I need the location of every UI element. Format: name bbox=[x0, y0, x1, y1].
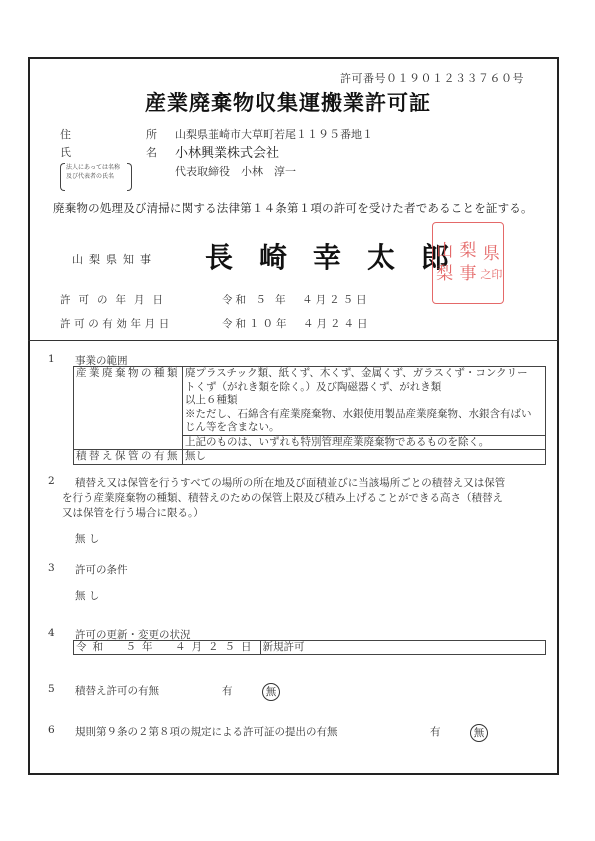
name-label-2: 名 bbox=[146, 144, 157, 160]
seal-char: 之印 bbox=[480, 269, 502, 280]
section-2-line-2: を行う産業廃棄物の種類、積替えのための保管上限及び積み上げることができる高さ（積… bbox=[62, 490, 503, 505]
section-4-number: 4 bbox=[48, 627, 55, 639]
seal-column-2: 梨 事 bbox=[459, 243, 476, 283]
section-2-line-3: 又は保管を行う場合に限る。） bbox=[62, 505, 204, 520]
permit-date-value: 令和 ５ 年 ４月２５日 bbox=[222, 292, 370, 307]
waste-exclusion-note: 上記のものは、いずれも特別管理産業廃棄物であるものを除く。 bbox=[183, 435, 546, 450]
section-2-value: 無 し bbox=[75, 531, 99, 546]
valid-until-label: 許可の有効年月日 bbox=[60, 316, 173, 331]
waste-type-line: 以上６種類 bbox=[185, 394, 543, 408]
section-5-yes-option: 有 bbox=[222, 683, 233, 698]
section-2-number: 2 bbox=[48, 475, 55, 487]
section-2-line-1: 積替え又は保管を行うすべての場所の所在地及び面積並びに当該場所ごとの積替え又は保… bbox=[75, 475, 505, 490]
seal-char: 梨 bbox=[459, 243, 476, 260]
section-5-number: 5 bbox=[48, 683, 55, 695]
seal-char: 梨 bbox=[436, 266, 453, 283]
permit-number: 許可番号０１９０１２３３７６０号 bbox=[340, 70, 524, 86]
renewal-status-table: 令和 ５年 ４月２５日 新規許可 bbox=[73, 640, 546, 655]
section-3-title: 許可の条件 bbox=[75, 562, 128, 577]
company-name: 小林興業株式会社 bbox=[175, 142, 279, 161]
address-label-1: 住 bbox=[60, 126, 71, 142]
seal-char: 山 bbox=[436, 243, 453, 260]
section-5-no-option-circled: 無 bbox=[262, 680, 280, 701]
table-row: 令和 ５年 ４月２５日 新規許可 bbox=[74, 641, 546, 655]
address-label-2: 所 bbox=[146, 126, 157, 142]
section-6-number: 6 bbox=[48, 724, 55, 736]
name-note-line-2: 及び代表者の氏名 bbox=[66, 172, 132, 181]
section-6-no-option-circled: 無 bbox=[470, 721, 488, 742]
waste-type-cell: 廃プラスチック類、紙くず、木くず、金属くず、ガラスくず・コンクリー トくず（がれ… bbox=[183, 367, 546, 436]
section-1-number: 1 bbox=[48, 353, 55, 365]
circled-selection: 無 bbox=[470, 724, 488, 742]
address-value: 山梨県韮崎市大草町若尾１１９５番地１ bbox=[175, 126, 373, 142]
circled-selection: 無 bbox=[262, 683, 280, 701]
document-title: 産業廃棄物収集運搬業許可証 bbox=[145, 87, 431, 117]
section-3-number: 3 bbox=[48, 562, 55, 574]
section-3-value: 無 し bbox=[75, 588, 99, 603]
section-divider bbox=[28, 340, 559, 341]
waste-type-line: じん等を含まない。 bbox=[185, 421, 543, 435]
renewal-date: 令和 ５年 ４月２５日 bbox=[74, 641, 261, 655]
waste-type-line: 廃プラスチック類、紙くず、木くず、金属くず、ガラスくず・コンクリー bbox=[185, 367, 543, 381]
name-label-1: 氏 bbox=[60, 144, 71, 160]
permit-date-label: 許可の年月日 bbox=[60, 292, 171, 307]
seal-char: 県 bbox=[483, 246, 500, 263]
renewal-status: 新規許可 bbox=[260, 641, 546, 655]
name-note-line-1: 法人にあっては名称 bbox=[66, 163, 132, 172]
section-6-yes-option: 有 bbox=[430, 724, 441, 739]
official-seal: 山 梨 梨 事 県 之印 bbox=[432, 222, 504, 304]
issuer-title: 山梨県知事 bbox=[72, 251, 157, 267]
section-6-title: 規則第９条の２第８項の規定による許可証の提出の有無 bbox=[75, 724, 338, 739]
storage-header: 積替え保管の有無 bbox=[74, 450, 183, 465]
seal-char: 事 bbox=[459, 266, 476, 283]
business-scope-table: 産業廃棄物の種類 廃プラスチック類、紙くず、木くず、金属くず、ガラスくず・コンク… bbox=[73, 366, 546, 465]
waste-type-line: ※ただし、石綿含有産業廃棄物、水銀使用製品産業廃棄物、水銀含有ばい bbox=[185, 408, 543, 422]
storage-value: 無し bbox=[183, 450, 546, 465]
waste-type-line: トくず（がれき類を除く。）及び陶磁器くず、がれき類 bbox=[185, 381, 543, 395]
representative: 代表取締役 小林 淳一 bbox=[175, 163, 296, 179]
certification-statement: 廃棄物の処理及び清掃に関する法律第１４条第１項の許可を受けた者であることを証する… bbox=[53, 200, 533, 216]
waste-type-header: 産業廃棄物の種類 bbox=[74, 367, 183, 450]
seal-column-1: 山 梨 bbox=[436, 243, 453, 283]
table-row: 産業廃棄物の種類 廃プラスチック類、紙くず、木くず、金属くず、ガラスくず・コンク… bbox=[74, 367, 546, 436]
seal-column-3: 県 之印 bbox=[480, 246, 502, 280]
name-note: 法人にあっては名称 及び代表者の氏名 bbox=[60, 163, 132, 189]
table-row: 積替え保管の有無 無し bbox=[74, 450, 546, 465]
valid-until-value: 令和１０年 ４月２４日 bbox=[222, 316, 371, 331]
section-5-title: 積替え許可の有無 bbox=[75, 683, 159, 698]
